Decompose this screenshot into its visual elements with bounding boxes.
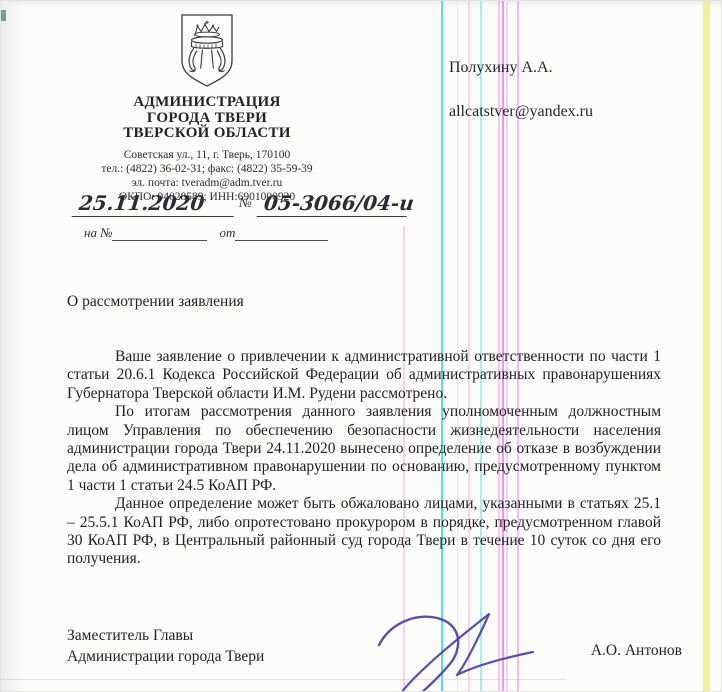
tver-coat-of-arms-icon: [178, 13, 236, 89]
org-name-line2: ГОРОДА ТВЕРИ: [39, 111, 375, 127]
handwritten-number: 05-3066/04-и: [256, 191, 409, 217]
scanned-letter-page: АДМИНИСТРАЦИЯ ГОРОДА ТВЕРИ ТВЕРСКОЙ ОБЛА…: [0, 0, 722, 692]
letter-body: Ваше заявление о привлечении к администр…: [67, 348, 661, 569]
na-no-blank-line: [112, 227, 207, 241]
body-paragraph-2: По итогам рассмотрения данного заявления…: [67, 403, 661, 495]
body-paragraph-3: Данное определение может быть обжаловано…: [67, 495, 661, 569]
outgoing-ref-row: 25.11.2020№05-3066/04-и: [73, 191, 413, 217]
org-name-line3: ТВЕРСКОЙ ОБЛАСТИ: [39, 126, 375, 142]
incoming-ref-row: на №от: [84, 225, 328, 241]
number-sign: №: [239, 195, 252, 210]
recipient-name: Полухину А.А.: [449, 59, 593, 77]
scan-corner-mark: [1, 10, 6, 21]
org-phone-fax: тел.: (4822) 36-02-31; факс: (4822) 35-5…: [39, 162, 375, 176]
org-name-line1: АДМИНИСТРАЦИЯ: [39, 95, 375, 111]
signer-title-line2: Администрации города Твери: [67, 646, 264, 667]
org-email: эл. почта: tveradm@adm.tver.ru: [39, 176, 375, 190]
scan-edge-left: [1, 1, 23, 692]
signer-name: А.О. Антонов: [591, 642, 682, 660]
org-address: Советская ул., 11, г. Тверь, 170100: [39, 148, 375, 162]
scan-stripe-yellow: [703, 1, 710, 692]
recipient-block: Полухину А.А. allcatstver@yandex.ru: [449, 59, 593, 121]
handwritten-date: 25.11.2020: [72, 191, 237, 217]
scan-stripe-cyan: [441, 1, 443, 692]
signer-title-line1: Заместитель Главы: [67, 625, 264, 646]
ot-blank-line: [235, 227, 328, 241]
handwritten-signature: [373, 607, 563, 692]
na-no-label: на №: [84, 225, 112, 240]
recipient-email: allcatstver@yandex.ru: [449, 103, 593, 121]
signer-title: Заместитель Главы Администрации города Т…: [67, 625, 264, 667]
ot-label: от: [219, 225, 235, 240]
scan-edge-top: [1, 1, 722, 7]
body-paragraph-1: Ваше заявление о привлечении к администр…: [67, 348, 661, 403]
letterhead: АДМИНИСТРАЦИЯ ГОРОДА ТВЕРИ ТВЕРСКОЙ ОБЛА…: [39, 13, 375, 204]
subject-line: О рассмотрении заявления: [67, 293, 244, 311]
